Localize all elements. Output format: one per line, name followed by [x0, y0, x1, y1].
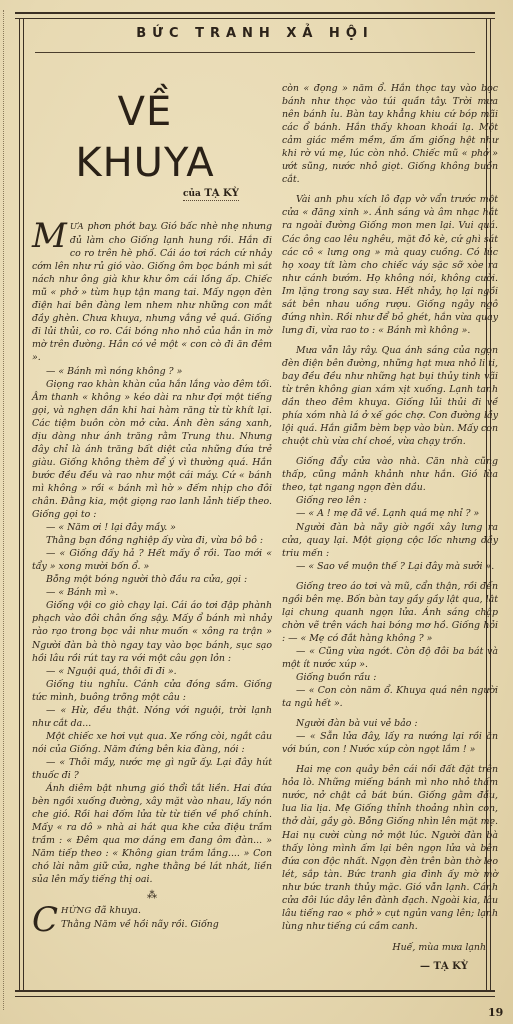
article-title: VỀ KHUYA [60, 90, 230, 186]
paragraph: MƯA phơn phớt bay. Gió bấc nhè nhẹ nhưng… [32, 220, 272, 365]
paragraph: Giống reo lên : [282, 494, 498, 507]
paragraph: — « Năm ơi ! lại đây mầy. » [32, 521, 272, 534]
paragraph: — « Thôi mầy, nước mẹ gì ngữ ấy. Lại đây… [32, 756, 272, 782]
paragraph: Mưa vẫn lây rây. Qua ánh sáng của ngọn đ… [282, 344, 498, 448]
top-rule [15, 12, 495, 19]
paragraph: Bỗng một bóng người thò đầu ra cửa, gọi … [32, 573, 272, 586]
paragraph: — « Nguội quá, thôi đi đi ». [32, 665, 272, 678]
signature: — TẠ KỲ [282, 960, 498, 973]
left-border [19, 18, 24, 990]
paragraph: Giọng rao khàn khàn của hắn lắng vào đêm… [32, 378, 272, 522]
paragraph: Một chiếc xe hơi vụt qua. Xe rống còi, n… [32, 730, 272, 756]
paragraph: Giống buồn rầu : [282, 671, 498, 684]
paragraph: — « Con còn năm ổ. Khuya quá nên người t… [282, 684, 498, 710]
drop-cap: C [32, 906, 58, 934]
newspaper-page: BỨC TRANH XẢ HỘI VỀ KHUYA của TẠ KỲ MƯA … [0, 0, 513, 1024]
paragraph: — « Cũng vừa ngớt. Còn độ đôi ba bát và … [282, 645, 498, 671]
byline: của TẠ KỲ [183, 188, 239, 201]
title-line-1: VỀ [60, 90, 230, 134]
paragraph: — « Giống đấy hả ? Hết mấy ổ rồi. Tao mớ… [32, 547, 272, 573]
lead-caps: ƯA [70, 222, 84, 232]
section-title: BỨC TRANH XẢ HỘI [35, 26, 475, 41]
paragraph: còn « đọng » năm ổ. Hắn thọc tay vào bọc… [282, 82, 498, 186]
paragraph: — « Bánh mì ». [32, 586, 272, 599]
paragraph: Thằng bạn đồng nghiệp ấy vừa đi, vừa bô … [32, 534, 272, 547]
paragraph: Giống tiu nghỉu. Cánh cửa đóng sầm. Giốn… [32, 678, 272, 704]
paragraph: — « Sẵn lửa đây, lấy ra nướng lại rồi ăn… [282, 730, 498, 756]
bottom-rule [15, 990, 495, 997]
dateline: Huế, mùa mưa lạnh [282, 941, 498, 954]
byline-prefix: của [183, 189, 201, 199]
section-divider [35, 52, 475, 53]
paragraph: Người đàn bà vui vẻ bảo : [282, 717, 498, 730]
paragraph: — « Bánh mì nóng không ? » [32, 365, 272, 378]
byline-author: TẠ KỲ [204, 188, 239, 199]
paragraph: Người đàn bà nãy giờ ngồi xây lưng ra cử… [282, 521, 498, 560]
paragraph: Hai mẹ con quây bên cái nồi đất đặt trên… [282, 763, 498, 933]
paragraph: Vài anh phu xích lô đạp vờ vẩn trước một… [282, 193, 498, 337]
paragraph: Giống vội co giò chạy lại. Cái áo tơi đậ… [32, 599, 272, 664]
section-break-asterism: ⁂ [32, 889, 272, 902]
paragraph: CHỪNG đã khuya. Thằng Năm về hồi nãy rồi… [32, 904, 272, 931]
drop-cap: M [32, 222, 67, 250]
paragraph: — « Sao về muộn thế ? Lại đây mà sưởi ». [282, 560, 498, 573]
paragraph: Ánh diêm bật nhưng gió thổi tắt liền. Ha… [32, 782, 272, 886]
paragraph: Giống treo áo tơi và mũ, cẩn thận, rồi đ… [282, 580, 498, 645]
left-column: MƯA phơn phớt bay. Gió bấc nhè nhẹ nhưng… [32, 220, 272, 934]
torn-edge [3, 10, 8, 1010]
page-number: 19 [488, 1006, 503, 1019]
paragraph: — « A ! mẹ đã về. Lạnh quá mẹ nhỉ ? » [282, 507, 498, 520]
title-line-2: KHUYA [60, 140, 230, 186]
right-column: còn « đọng » năm ổ. Hắn thọc tay vào bọc… [282, 82, 498, 973]
paragraph: Giống đẩy cửa vào nhà. Căn nhà cũng thấp… [282, 455, 498, 494]
lead-caps: HỪNG [61, 906, 92, 916]
paragraph: — « Hừ, đều thật. Nóng với nguội, trời l… [32, 704, 272, 730]
